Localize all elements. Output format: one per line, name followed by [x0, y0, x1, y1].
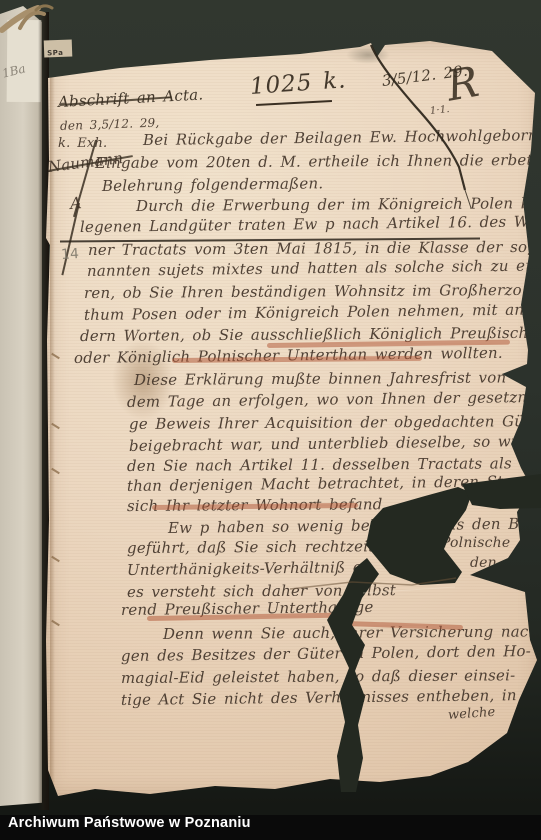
manuscript-line: than derjenigen Macht betrachtet, in der…: [127, 474, 541, 494]
underlying-page-edge: [0, 6, 42, 806]
manuscript-line: Denn wenn Sie auch, Ihrer Versicherung n…: [163, 624, 541, 642]
registry-number: 1025 k.: [249, 67, 347, 100]
manuscript-line: legenen Landgüter traten Ew p nach Artik…: [80, 214, 541, 235]
stamp-fragment-text: SPa: [44, 49, 63, 58]
manuscript-line: Belehrung folgendermaßen.: [102, 176, 323, 194]
manuscript-line: Durch die Erwerbung der im Königreich Po…: [136, 196, 541, 214]
manuscript-line: Ew p haben so wenig behauptet, als den B…: [168, 516, 541, 536]
manuscript-sheet: 1025 k. 3/5/12. 29. R 1·1. Abschrift an …: [46, 40, 541, 798]
manuscript-line: oder Königlich Polnischer Unterthan werd…: [74, 346, 503, 366]
manuscript-line: magial-Eid geleistet haben, so daß diese…: [121, 668, 515, 686]
manuscript-line: gen des Besitzes der Güter in Polen, dor…: [121, 644, 531, 664]
edge-stain: [346, 46, 390, 64]
paraph-initial: R: [443, 57, 483, 111]
stamp-fragment: SPa: [44, 40, 73, 58]
registry-underline: [256, 100, 332, 106]
catchword: welche: [447, 705, 495, 723]
manuscript-fragment: Polnische: [441, 536, 510, 550]
manuscript-line: Unterthänigkeits-Verhältniß er: [127, 560, 369, 578]
margin-stroke: [61, 203, 80, 276]
fold-crease: [50, 40, 55, 798]
manuscript-line: Diese Erklärung mußte binnen Jahresfrist…: [134, 370, 506, 388]
manuscript-line: geführt, daß Sie sich rechtzeitig: [127, 539, 389, 556]
manuscript-line: dem Tage an erfolgen, wo von Ihnen der g…: [127, 390, 541, 410]
office-note-abbrev: k. Exh.: [58, 136, 107, 151]
pencil-folio-number: 14: [61, 246, 80, 263]
manuscript-line: nannten sujets mixtes und hatten als sol…: [87, 258, 541, 279]
manuscript-line: Eingabe vom 20ten d. M. ertheile ich Ihn…: [95, 153, 541, 171]
paraph-submark: 1·1.: [429, 104, 450, 117]
archive-watermark-bar: Archiwum Państwowe w Poznaniu: [0, 815, 541, 840]
manuscript-line: ge Beweis Ihrer Acquisition der obgedach…: [129, 414, 541, 432]
paper-tie-remnant-icon: [0, 0, 70, 40]
margin-letter: A: [69, 193, 82, 213]
manuscript-line: Bei Rückgabe der Beilagen Ew. Hochwohlge…: [143, 128, 541, 148]
manuscript-line: beigebracht war, und unterblieb dieselbe…: [129, 434, 534, 454]
archive-name: Archiwum Państwowe w Poznaniu: [0, 815, 541, 831]
manuscript-line: thum Posen oder im Königreich Polen nehm…: [84, 303, 530, 323]
manuscript-fragment: den ,d: [470, 556, 518, 570]
manuscript-scan: SPa 1Ba 1025 k. 3/5/12. 29. R 1·1. Absch…: [0, 0, 541, 840]
manuscript-line: ner Tractats vom 3ten Mai 1815, in die K…: [88, 240, 541, 258]
manuscript-line: tige Act Sie nicht des Verhältnisses ent…: [121, 688, 517, 708]
manuscript-line: ren, ob Sie Ihren beständigen Wohnsitz i…: [84, 283, 537, 301]
manuscript-line: den Sie nach Artikel 11. desselben Tract…: [127, 456, 541, 474]
